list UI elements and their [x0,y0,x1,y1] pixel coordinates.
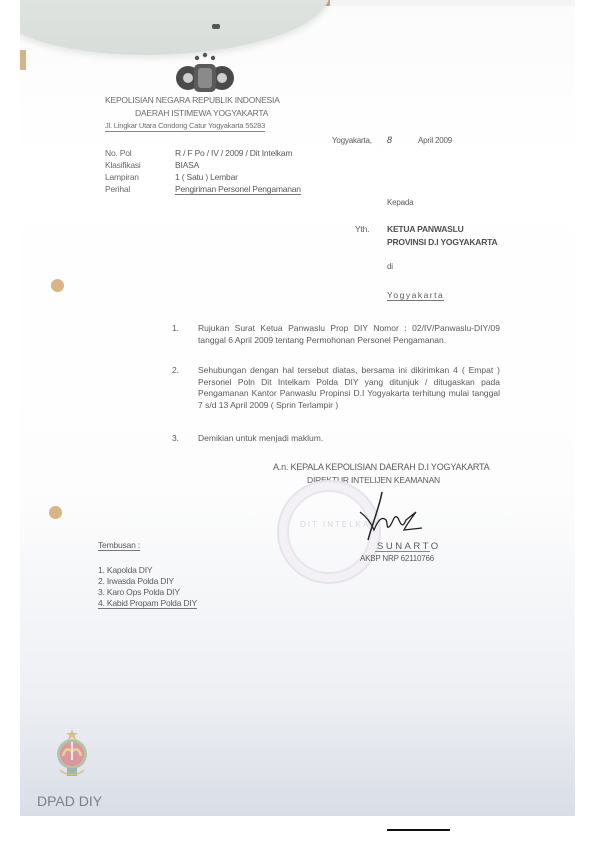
meta-label-klasifikasi: Klasifikasi [105,160,141,170]
tembusan-item: 1. Kapolda DIY [98,565,152,575]
meta-value-nomor: R / F Po / IV / 2009 / Dit Intelkam [175,148,292,158]
meta-value-lampiran: 1 ( Satu ) Lembar [175,172,238,182]
police-emblem-icon [170,52,240,94]
recipient-kepada: Kepada [387,198,413,207]
folded-paper-corner [20,0,330,55]
date-day: 8 [387,135,392,145]
signatory-rank-nrp: AKBP NRP 62110766 [360,554,434,563]
recipient-line2: PROVINSI D.I YOGYAKARTA [387,237,498,247]
meta-label-lampiran: Lampiran [105,172,139,182]
tembusan-item: 3. Karo Ops Polda DIY [98,587,180,597]
recipient-yth: Yth. [355,224,369,234]
signatory-title-line1: A.n. KEPALA KEPOLISIAN DAERAH D.I YOGYAK… [273,462,489,472]
tembusan-item: 4. Kabid Propam Polda DIY [98,598,197,609]
handwritten-signature-icon [350,490,430,545]
signature-underline [375,551,430,552]
yogyakarta-crest-icon [52,728,92,782]
staple-mark [212,24,220,29]
meta-value-klasifikasi: BIASA [175,160,199,170]
recipient-di: di [387,262,393,271]
meta-label-perihal: Perihal [105,184,130,194]
body-paragraph-1: Rujukan Surat Ketua Panwaslu Prop DIY No… [198,323,500,346]
meta-value-perihal: Pengiriman Personel Pengamanan [175,184,301,195]
tembusan-item: 2. Irwasda Polda DIY [98,576,174,586]
meta-label-nomor: No. Pol [105,148,131,158]
date-place: Yogyakarta, [332,136,372,145]
punch-hole [51,279,64,292]
page-footer-line [387,829,450,831]
paper-edge [330,0,575,6]
recipient-city: Yogyakarta [387,290,444,301]
date-month-year: April 2009 [418,136,452,145]
recipient-line1: KETUA PANWASLU [387,224,464,234]
body-paragraph-2: Sehubungan dengan hal tersebut diatas, b… [198,365,500,411]
scanned-letter-page: KEPOLISIAN NEGARA REPUBLIK INDONESIA DAE… [20,0,575,816]
org-name-line1: KEPOLISIAN NEGARA REPUBLIK INDONESIA [105,95,280,105]
org-name-line2: DAERAH ISTIMEWA YOGYAKARTA [135,108,268,118]
watermark-text: DPAD DIY [37,793,102,809]
org-address: Jl. Lingkar Utara Condong Catur Yogyakar… [105,121,265,132]
punch-hole [49,506,62,519]
desk-edge-left [20,50,26,70]
tembusan-title: Tembusan : [98,540,140,551]
body-paragraph-3: Demikian untuk menjadi maklum. [198,433,500,445]
body-num-3: 3. [172,433,179,443]
body-num-2: 2. [172,365,179,375]
body-num-1: 1. [172,323,179,333]
